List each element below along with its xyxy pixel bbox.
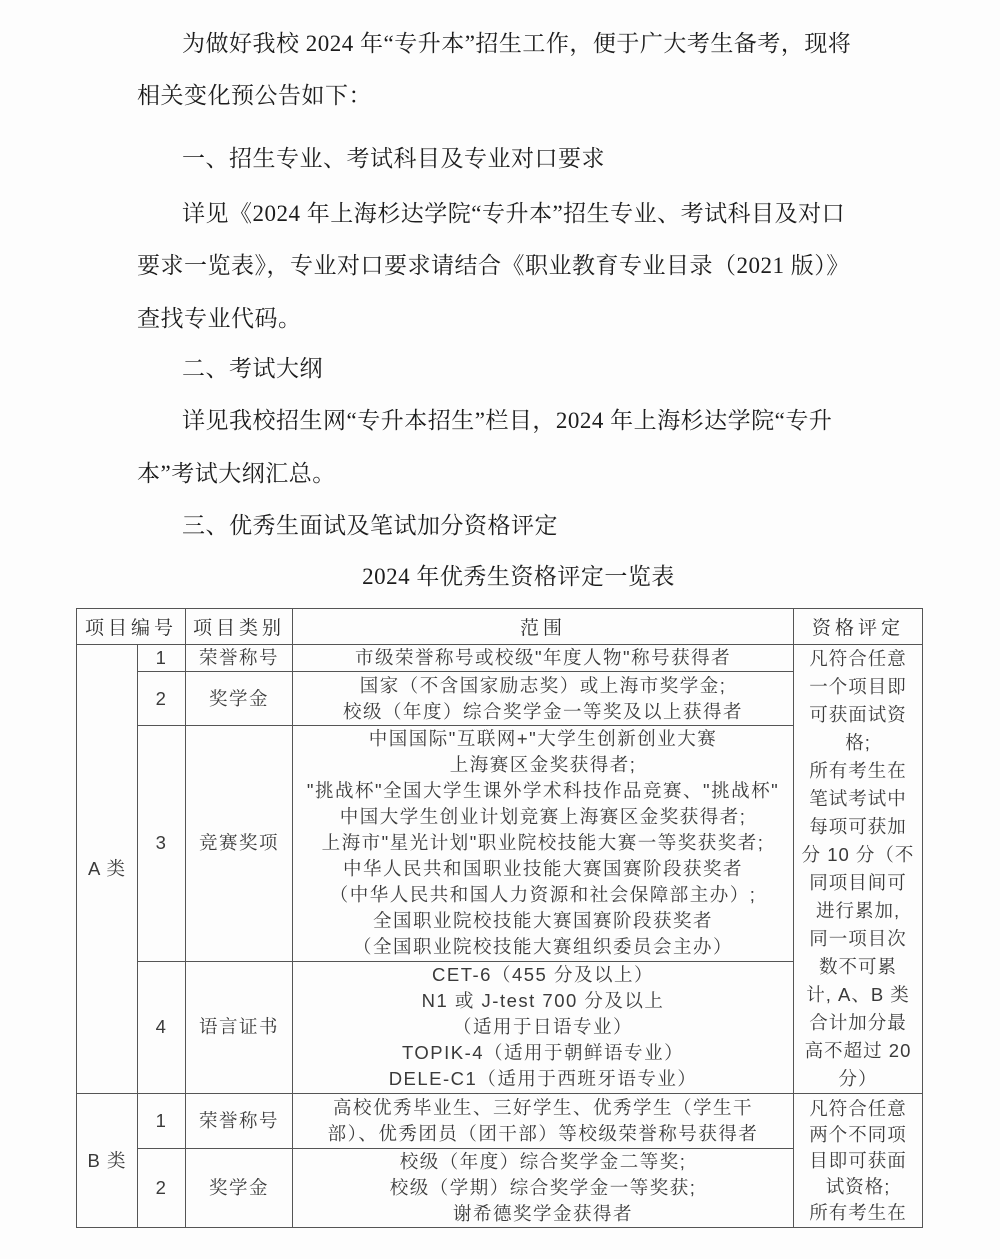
qualification-table: 项目编号 项目类别 范围 资格评定 A 类 1 荣誉称号 市级荣誉称号或校级"年…	[76, 608, 923, 1228]
group-a-qualification: 凡符合任意 一个项目即 可获面试资 格; 所有考生在 笔试考试中 每项可获加 分…	[794, 645, 923, 1094]
group-b-qualification: 凡符合任意 两个不同项 目即可获面 试资格; 所有考生在	[794, 1094, 923, 1228]
table-title: 2024 年优秀生资格评定一览表	[137, 561, 900, 593]
row-b1-number: 1	[138, 1094, 186, 1149]
section-heading-2: 二、考试大纲	[182, 353, 323, 385]
row-a3-scope: 中国国际"互联网+"大学生创新创业大赛 上海赛区金奖获得者; "挑战杯"全国大学…	[293, 726, 794, 962]
table-row: A 类 1 荣誉称号 市级荣誉称号或校级"年度人物"称号获得者 凡符合任意 一个…	[77, 645, 923, 672]
section-1-body-line-1: 详见《2024 年上海杉达学院“专升本”招生专业、考试科目及对口	[182, 198, 845, 230]
paragraph-intro-line-2: 相关变化预公告如下：	[137, 80, 372, 112]
row-a4-number: 4	[138, 961, 186, 1093]
row-b2-scope: 校级（年度）综合奖学金二等奖; 校级（学期）综合奖学金一等奖获; 谢希德奖学金获…	[293, 1149, 794, 1228]
row-a1-category: 荣誉称号	[186, 645, 293, 672]
group-b-label: B 类	[77, 1094, 138, 1228]
row-a1-scope: 市级荣誉称号或校级"年度人物"称号获得者	[293, 645, 794, 672]
group-a-label: A 类	[77, 645, 138, 1094]
row-a1-number: 1	[138, 645, 186, 672]
row-b2-number: 2	[138, 1149, 186, 1228]
row-a2-scope: 国家（不含国家励志奖）或上海市奖学金; 校级（年度）综合奖学金一等奖及以上获得者	[293, 672, 794, 726]
table-header-row: 项目编号 项目类别 范围 资格评定	[77, 609, 923, 645]
section-1-body-line-3: 查找专业代码。	[137, 303, 302, 335]
header-item-category: 项目类别	[186, 609, 293, 645]
table-row: B 类 1 荣誉称号 高校优秀毕业生、三好学生、优秀学生（学生干 部）、优秀团员…	[77, 1094, 923, 1149]
header-item-number: 项目编号	[77, 609, 186, 645]
section-2-body-line-2: 本”考试大纲汇总。	[137, 458, 336, 490]
row-a4-scope: CET-6（455 分及以上） N1 或 J-test 700 分及以上 （适用…	[293, 961, 794, 1093]
row-a4-category: 语言证书	[186, 961, 293, 1093]
paragraph-intro-line-1: 为做好我校 2024 年“专升本”招生工作，便于广大考生备考，现将	[182, 28, 851, 60]
row-b1-scope: 高校优秀毕业生、三好学生、优秀学生（学生干 部）、优秀团员（团干部）等校级荣誉称…	[293, 1094, 794, 1149]
document-page: 为做好我校 2024 年“专升本”招生工作，便于广大考生备考，现将 相关变化预公…	[0, 0, 1000, 1259]
section-heading-3: 三、优秀生面试及笔试加分资格评定	[182, 510, 558, 542]
section-heading-1: 一、招生专业、考试科目及专业对口要求	[182, 143, 605, 175]
header-scope: 范围	[293, 609, 794, 645]
header-qualification: 资格评定	[794, 609, 923, 645]
row-a3-category: 竞赛奖项	[186, 726, 293, 962]
row-a3-number: 3	[138, 726, 186, 962]
row-b2-category: 奖学金	[186, 1149, 293, 1228]
row-a2-category: 奖学金	[186, 672, 293, 726]
section-2-body-line-1: 详见我校招生网“专升本招生”栏目，2024 年上海杉达学院“专升	[182, 405, 832, 437]
row-a2-number: 2	[138, 672, 186, 726]
section-1-body-line-2: 要求一览表》，专业对口要求请结合《职业教育专业目录（2021 版）》	[137, 250, 850, 282]
row-b1-category: 荣誉称号	[186, 1094, 293, 1149]
